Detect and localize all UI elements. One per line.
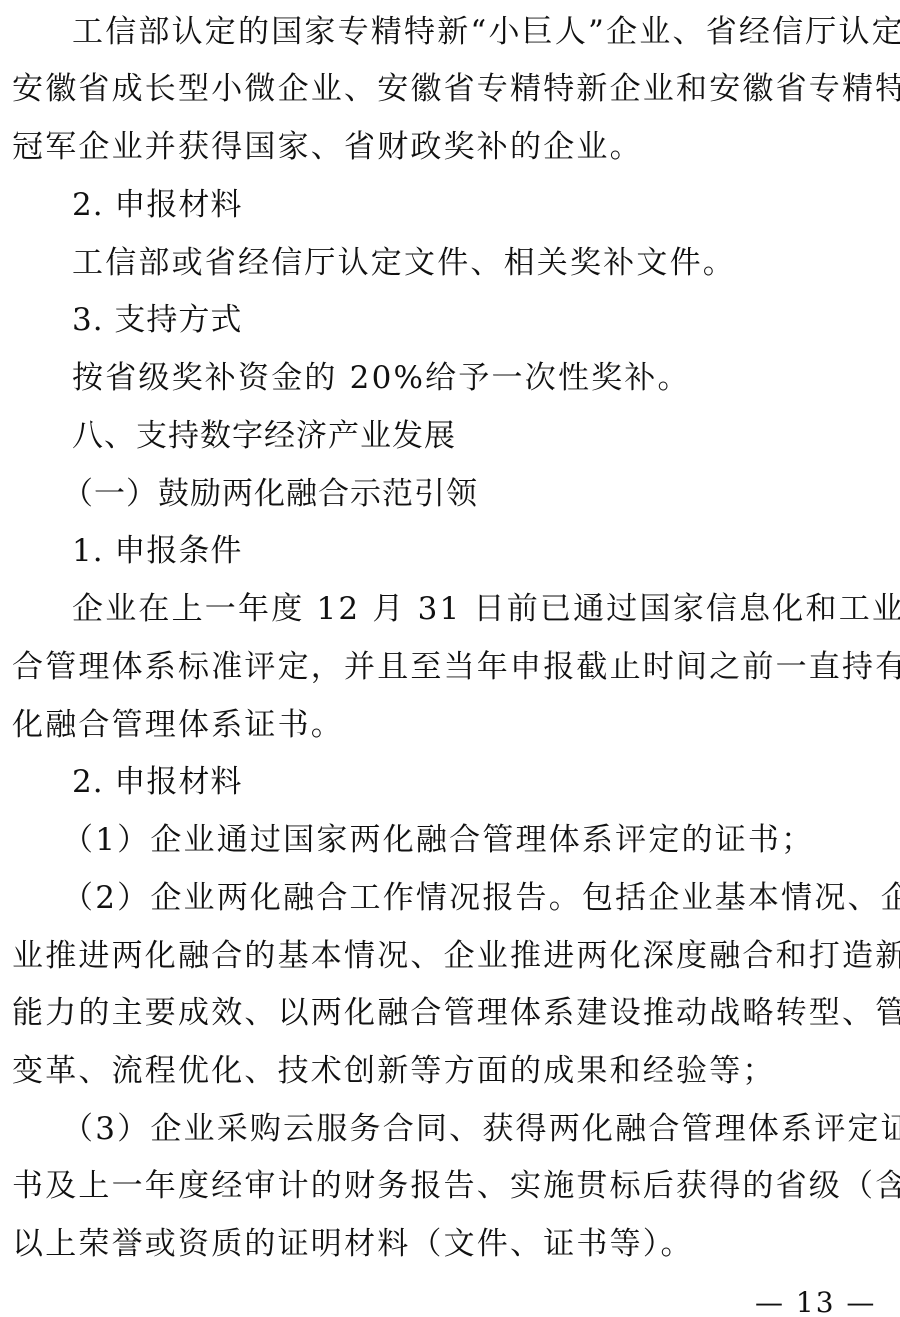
paragraph-line: 以上荣誉或资质的证明材料（文件、证书等）。: [12, 1224, 892, 1264]
list-item-3: （3）企业采购云服务合同、获得两化融合管理体系评定证: [62, 1109, 892, 1149]
paragraph-line: 书及上一年度经审计的财务报告、实施贯标后获得的省级（含）: [12, 1166, 892, 1206]
section-heading-support-method: 3. 支持方式: [72, 300, 892, 340]
paragraph-line: 工信部或省经信厅认定文件、相关奖补文件。: [72, 243, 892, 283]
paragraph-line: 按省级奖补资金的 20%给予一次性奖补。: [72, 358, 892, 398]
chapter-heading-digital-economy: 八、支持数字经济产业发展: [72, 416, 892, 456]
section-heading-application-materials: 2. 申报材料: [72, 762, 892, 802]
paragraph-line: 合管理体系标准评定，并且至当年申报截止时间之前一直持有两: [12, 647, 892, 687]
paragraph-line: 变革、流程优化、技术创新等方面的成果和经验等；: [12, 1051, 892, 1091]
section-heading-application-conditions: 1. 申报条件: [72, 531, 892, 571]
paragraph-line: 安徽省成长型小微企业、安徽省专精特新企业和安徽省专精特新: [12, 69, 892, 109]
paragraph-line: 冠军企业并获得国家、省财政奖补的企业。: [12, 127, 892, 167]
paragraph-line: 企业在上一年度 12 月 31 日前已通过国家信息化和工业化融: [72, 589, 892, 629]
document-page: 工信部认定的国家专精特新“小巨人”企业、省经信厅认定的 安徽省成长型小微企业、安…: [0, 0, 900, 1317]
page-number: — 13 —: [755, 1286, 876, 1317]
paragraph-line: 化融合管理体系证书。: [12, 705, 892, 745]
paragraph-line: 能力的主要成效、以两化融合管理体系建设推动战略转型、管理: [12, 993, 892, 1033]
paragraph-line: 业推进两化融合的基本情况、企业推进两化深度融合和打造新型: [12, 936, 892, 976]
paragraph-line: 工信部认定的国家专精特新“小巨人”企业、省经信厅认定的: [72, 12, 892, 52]
list-item-2: （2）企业两化融合工作情况报告。包括企业基本情况、企: [62, 878, 892, 918]
list-item-1: （1）企业通过国家两化融合管理体系评定的证书；: [62, 820, 882, 860]
subsection-heading-integration: （一）鼓励两化融合示范引领: [62, 474, 882, 514]
section-heading-application-materials: 2. 申报材料: [72, 185, 892, 225]
